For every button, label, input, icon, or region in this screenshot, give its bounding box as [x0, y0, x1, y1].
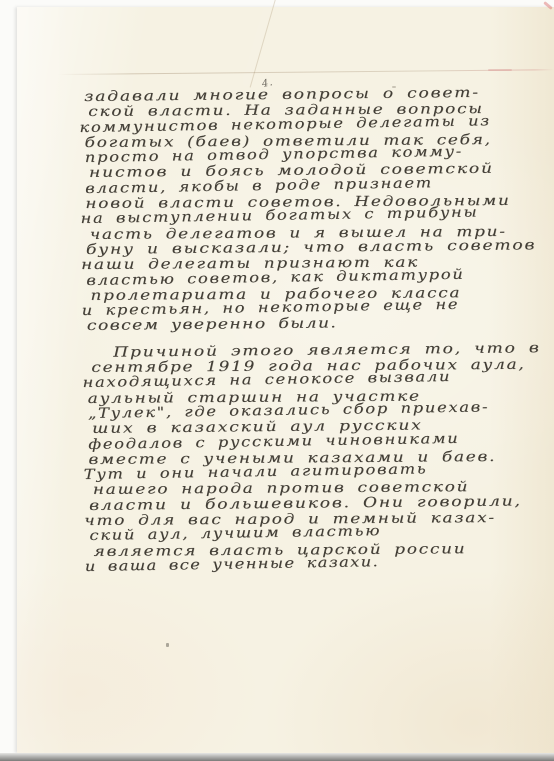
pencil-speck [166, 643, 169, 647]
scanned-document-page: 4. задавали многие вопросы о совет-ской … [0, 0, 554, 761]
pink-ink-smudge [488, 69, 512, 71]
paragraph: задавали многие вопросы о совет-ской вла… [84, 85, 527, 335]
scanner-edge-bottom [0, 753, 554, 761]
diagonal-fold-crease [250, 0, 276, 88]
handwritten-line: совсем уверенно были. [87, 314, 554, 335]
handwritten-text-block: задавали многие вопросы о совет-ской вла… [84, 85, 530, 576]
paragraph: Причиной этого является то, что всентябр… [87, 340, 530, 575]
